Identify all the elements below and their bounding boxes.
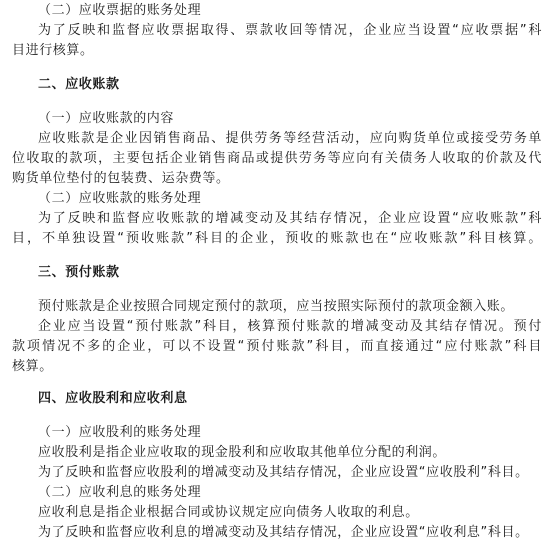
paragraph-line: 为了反映和监督应收利息的增减变动及其结存情况，企业应设置“应收利息”科目。 (38, 524, 549, 542)
subsection-title: （二）应收票据的账务处理 (38, 2, 549, 20)
section-heading: 二、应收账款 (38, 76, 549, 94)
paragraph-line: 预付账款是企业按照合同规定预付的款项，应当按照实际预付的款项金额入账。 (38, 298, 549, 316)
paragraph-line: 购货单位垫付的包装费、运杂费等。 (12, 170, 542, 188)
paragraph-line: 为了反映和监督应收票据取得、票款收回等情况，企业应当设置“应收票据”科 (38, 22, 542, 40)
subsection-title: （一）应收股利的账务处理 (38, 424, 549, 442)
section-heading: 四、应收股利和应收利息 (38, 390, 549, 408)
paragraph-line: 款项情况不多的企业，可以不设置“预付账款”科目，而直接通过“应付账款”科目 (12, 338, 542, 356)
subsection-title: （二）应收利息的账务处理 (38, 484, 549, 502)
subsection-title: （一）应收账款的内容 (38, 110, 549, 128)
paragraph-line: 位收取的款项，主要包括企业销售商品或提供劳务等应向有关债务人收取的价款及代 (12, 150, 542, 168)
paragraph-line: 应收股利是指企业应收取的现金股利和应收取其他单位分配的利润。 (38, 444, 549, 462)
subsection-title: （二）应收账款的账务处理 (38, 190, 549, 208)
section-heading: 三、预付账款 (38, 264, 549, 282)
paragraph-line: 目，不单独设置“预收账款”科目的企业，预收的账款也在“应收账款”科目核算。 (12, 230, 542, 248)
paragraph-line: 目进行核算。 (12, 42, 542, 60)
paragraph-line: 企业应当设置“预付账款”科目，核算预付账款的增减变动及其结存情况。预付 (38, 318, 542, 336)
paragraph-line: 应收账款是企业因销售商品、提供劳务等经营活动，应向购货单位或接受劳务单 (38, 130, 542, 148)
paragraph-line: 为了反映和监督应收股利的增减变动及其结存情况，企业应设置“应收股利”科目。 (38, 464, 549, 482)
paragraph-line: 应收利息是指企业根据合同或协议规定应向债务人收取的利息。 (38, 504, 549, 522)
paragraph-line: 为了反映和监督应收账款的增减变动及其结存情况，企业应设置“应收账款”科 (38, 210, 542, 228)
paragraph-line: 核算。 (12, 358, 542, 376)
